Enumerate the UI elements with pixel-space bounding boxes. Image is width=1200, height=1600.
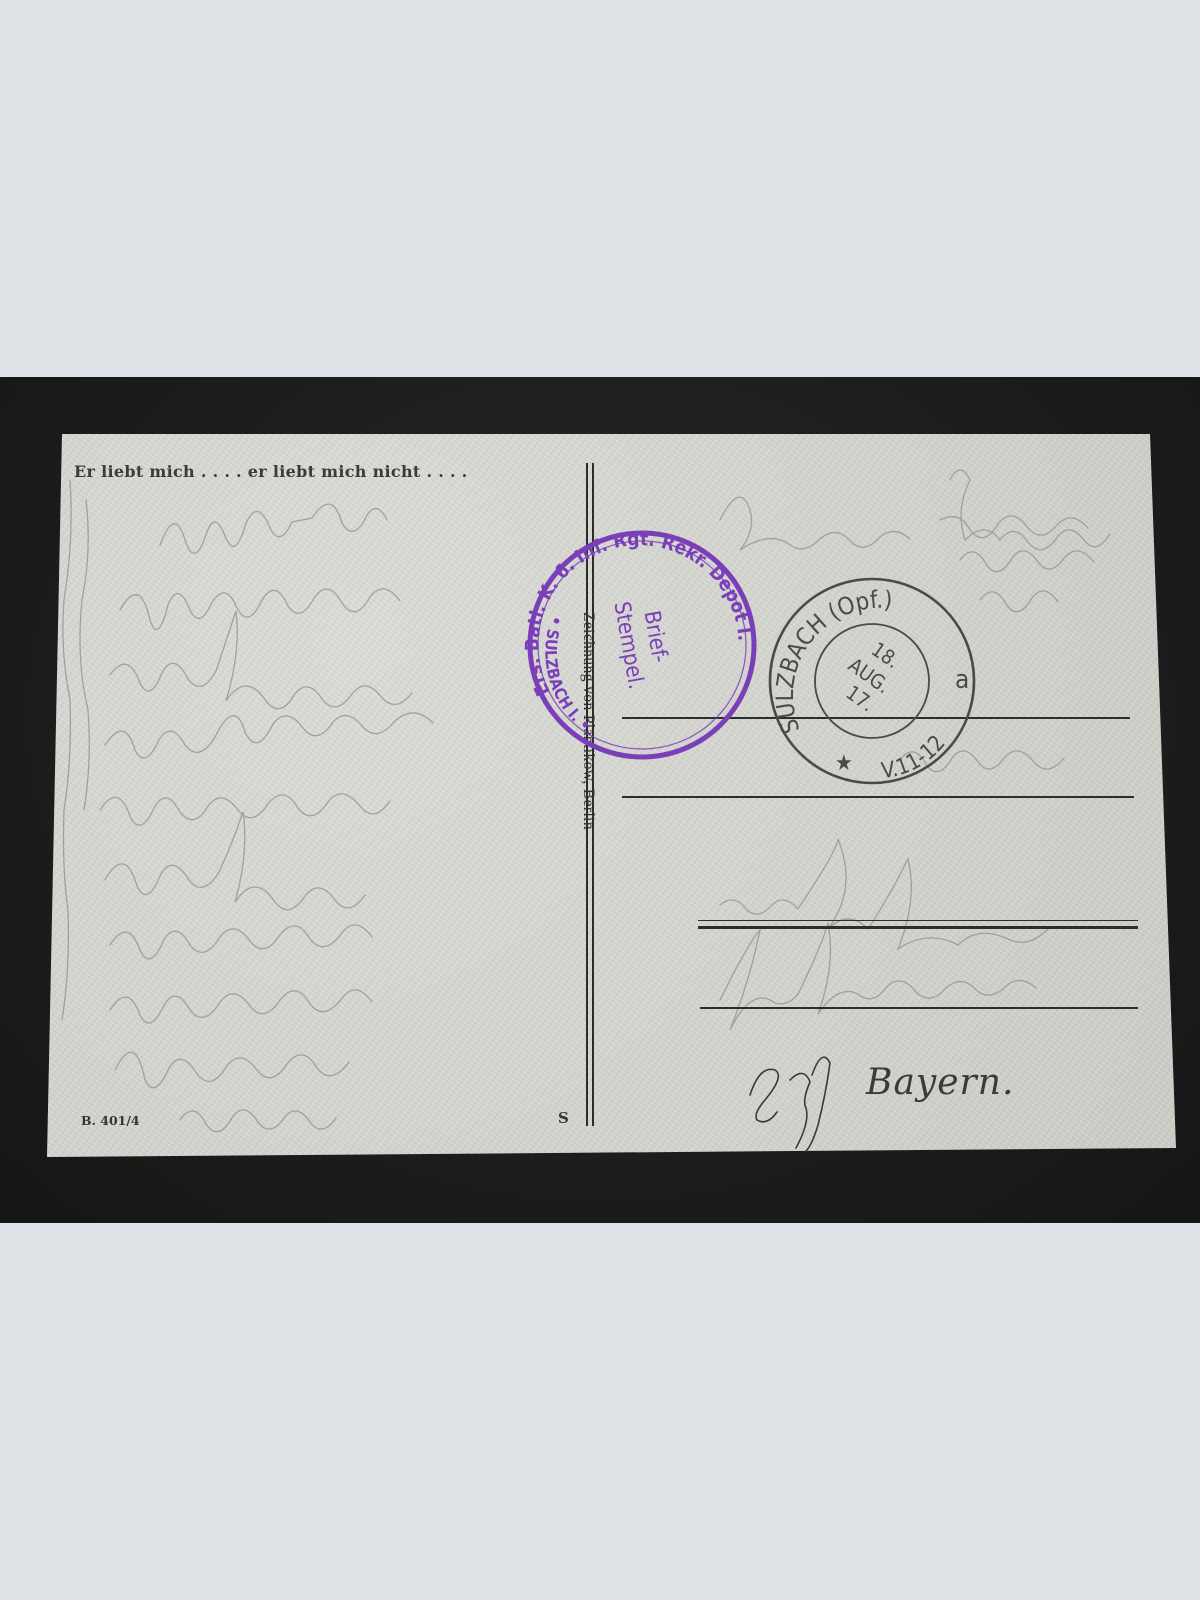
- postmark-time: V.11-12: [880, 731, 951, 784]
- sulzbach-postmark: SULZBACH (Opf.) V.11-12 18. AUG. 17. a ★: [0, 0, 1200, 1600]
- postmark-letter: a: [955, 665, 969, 695]
- postmark-star-icon: ★: [835, 751, 853, 776]
